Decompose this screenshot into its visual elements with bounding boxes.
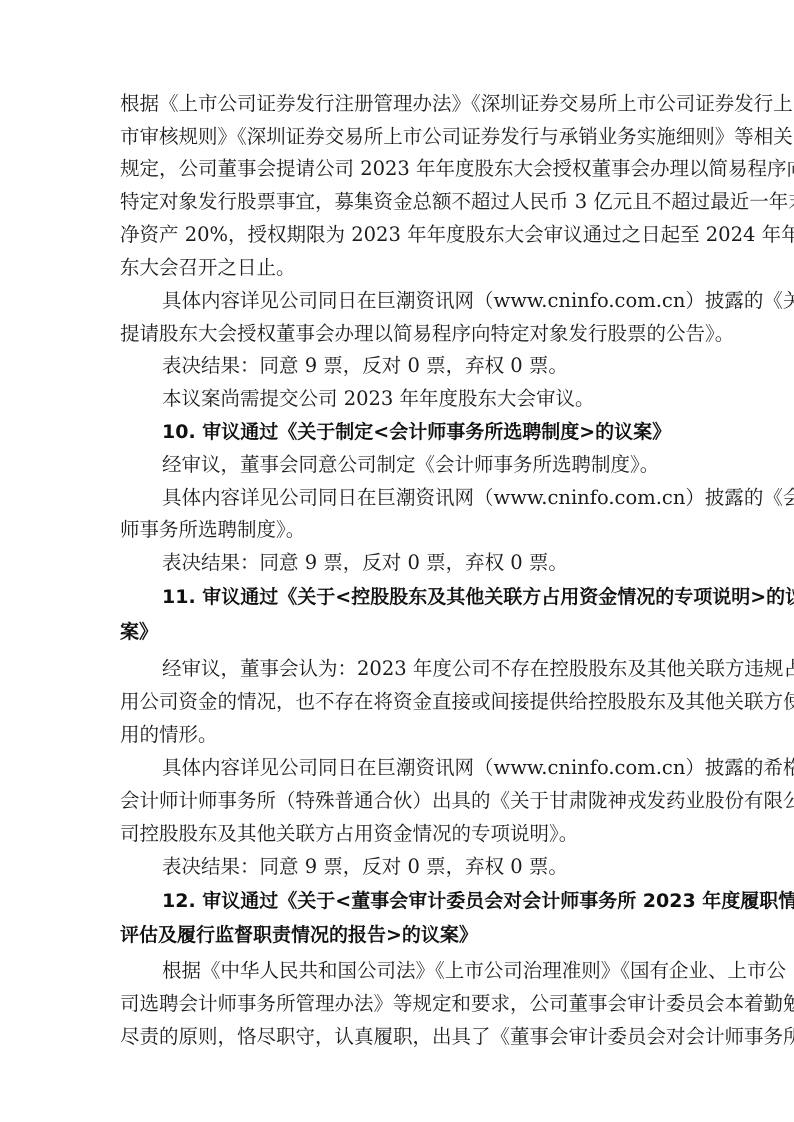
- body-line: 司选聘会计师事务所管理办法》等规定和要求，公司董事会审计委员会本着勤勉: [120, 990, 673, 1018]
- body-line: 用公司资金的情况，也不存在将资金直接或间接提供给控股股东及其他关联方使: [120, 688, 673, 716]
- body-line: 会计师计师事务所（特殊普通合伙）出具的《关于甘肃陇神戎发药业股份有限公: [120, 787, 673, 815]
- body-line: 用的情形。: [120, 721, 673, 749]
- body-line: 规定，公司董事会提请公司 2023 年年度股东大会授权董事会办理以简易程序向: [120, 155, 673, 183]
- body-line: 具体内容详见公司同日在巨潮资讯网（www.cninfo.com.cn）披露的《关…: [162, 287, 673, 315]
- body-line: 东大会召开之日止。: [120, 254, 673, 282]
- body-line: 具体内容详见公司同日在巨潮资讯网（www.cninfo.com.cn）披露的《会…: [162, 484, 673, 512]
- body-line: 本议案尚需提交公司 2023 年年度股东大会审议。: [162, 385, 673, 413]
- body-line: 具体内容详见公司同日在巨潮资讯网（www.cninfo.com.cn）披露的希格…: [162, 754, 673, 782]
- body-line: 根据《上市公司证券发行注册管理办法》《深圳证券交易所上市公司证券发行上: [120, 90, 673, 118]
- section-heading-12-cont: 评估及履行监督职责情况的报告>的议案》: [120, 921, 673, 949]
- body-line: 尽责的原则，恪尽职守，认真履职，出具了《董事会审计委员会对会计师事务所: [120, 1023, 673, 1051]
- vote-result: 表决结果：同意 9 票，反对 0 票，弃权 0 票。: [162, 549, 673, 577]
- body-line: 提请股东大会授权董事会办理以简易程序向特定对象发行股票的公告》。: [120, 320, 673, 348]
- vote-result: 表决结果：同意 9 票，反对 0 票，弃权 0 票。: [162, 853, 673, 881]
- body-line: 师事务所选聘制度》。: [120, 516, 673, 544]
- vote-result: 表决结果：同意 9 票，反对 0 票，弃权 0 票。: [162, 352, 673, 380]
- document-page: 根据《上市公司证券发行注册管理办法》《深圳证券交易所上市公司证券发行上 市审核规…: [0, 0, 794, 1122]
- body-line: 市审核规则》《深圳证券交易所上市公司证券发行与承销业务实施细则》等相关: [120, 123, 673, 151]
- body-line: 经审议，董事会同意公司制定《会计师事务所选聘制度》。: [162, 451, 673, 479]
- body-line: 净资产 20%，授权期限为 2023 年年度股东大会审议通过之日起至 2024 …: [120, 221, 673, 249]
- section-heading-11: 11. 审议通过《关于<控股股东及其他关联方占用资金情况的专项说明>的议: [162, 583, 673, 611]
- body-line: 根据《中华人民共和国公司法》《上市公司治理准则》《国有企业、上市公: [162, 957, 673, 985]
- body-line: 特定对象发行股票事宜，募集资金总额不超过人民币 3 亿元且不超过最近一年末: [120, 188, 673, 216]
- section-heading-12: 12. 审议通过《关于<董事会审计委员会对会计师事务所 2023 年度履职情况: [162, 887, 673, 915]
- body-line: 经审议，董事会认为：2023 年度公司不存在控股股东及其他关联方违规占: [162, 655, 673, 683]
- section-heading-10: 10. 审议通过《关于制定<会计师事务所选聘制度>的议案》: [162, 418, 673, 446]
- section-heading-11-cont: 案》: [120, 618, 673, 646]
- body-line: 司控股股东及其他关联方占用资金情况的专项说明》。: [120, 820, 673, 848]
